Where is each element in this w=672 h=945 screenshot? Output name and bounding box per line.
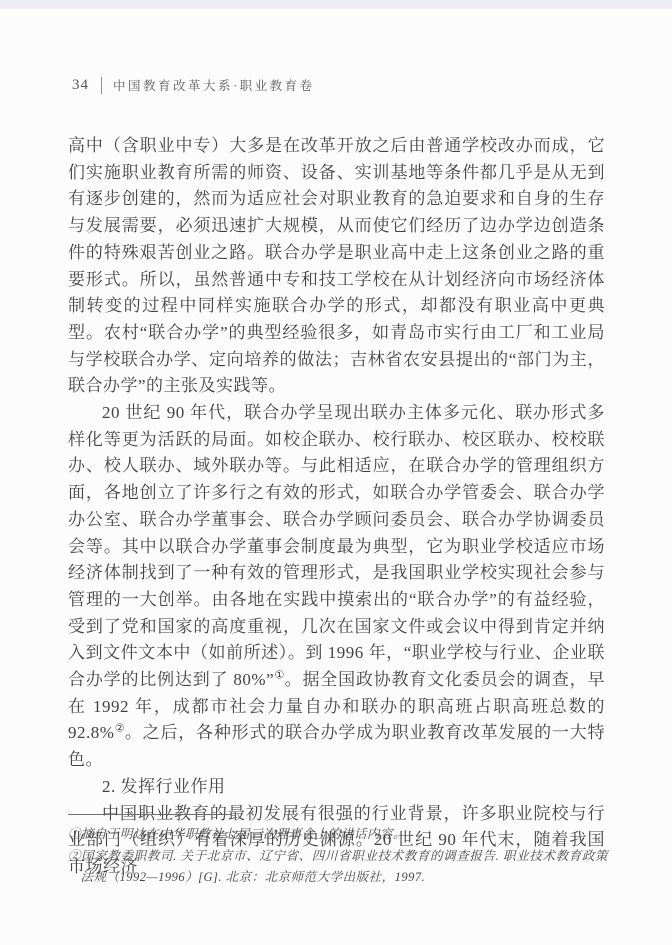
footnote-separator-line [68,814,231,815]
footnote-marker: ② [68,849,81,863]
footnote-text: 国家教委职教司. 关于北京市、辽宁省、四川省职业技术教育的调查报告. 职业技术教… [81,849,608,885]
scan-edge-cream-strip [0,9,672,16]
footnote-1: ①摘自王明达在中华职教社七届三次理事会上的讲话内容。 [68,824,608,846]
footnote-marker: ① [68,827,81,841]
header-divider-line [101,77,102,94]
footnote-block: ①摘自王明达在中华职教社七届三次理事会上的讲话内容。 ②国家教委职教司. 关于北… [68,814,608,889]
scanned-book-page: 34 中国教育改革大系·职业教育卷 高中（含职业中专）大多是在改革开放之后由普通… [0,0,672,945]
footnote-ref-2: ② [114,723,124,735]
paragraph-text-segment: 。之后，各种形式的联合办学成为职业教育改革发展的一大特色。 [68,723,605,769]
scan-edge-strip [0,0,672,9]
footnote-2: ②国家教委职教司. 关于北京市、辽宁省、四川省职业技术教育的调查报告. 职业技术… [68,846,608,889]
section-heading: 2. 发挥行业作用 [68,774,605,801]
footnote-text: 摘自王明达在中华职教社七届三次理事会上的讲话内容。 [81,827,406,841]
body-text-column: 高中（含职业中专）大多是在改革开放之后由普通学校改办而成，它们实施职业教育所需的… [68,133,605,881]
paragraph-lianhe-banxue: 20 世纪 90 年代，联合办学呈现出联办主体多元化、联办形式多样化等更为活跃的… [68,400,605,774]
paragraph-continuation: 高中（含职业中专）大多是在改革开放之后由普通学校改办而成，它们实施职业教育所需的… [68,133,605,400]
running-header: 34 中国教育改革大系·职业教育卷 [72,76,315,94]
page-number: 34 [72,77,89,94]
footnote-ref-1: ① [274,669,285,681]
paragraph-text-segment: 20 世纪 90 年代，联合办学呈现出联办主体多元化、联办形式多样化等更为活跃的… [68,403,605,689]
book-title: 中国教育改革大系·职业教育卷 [113,76,315,94]
